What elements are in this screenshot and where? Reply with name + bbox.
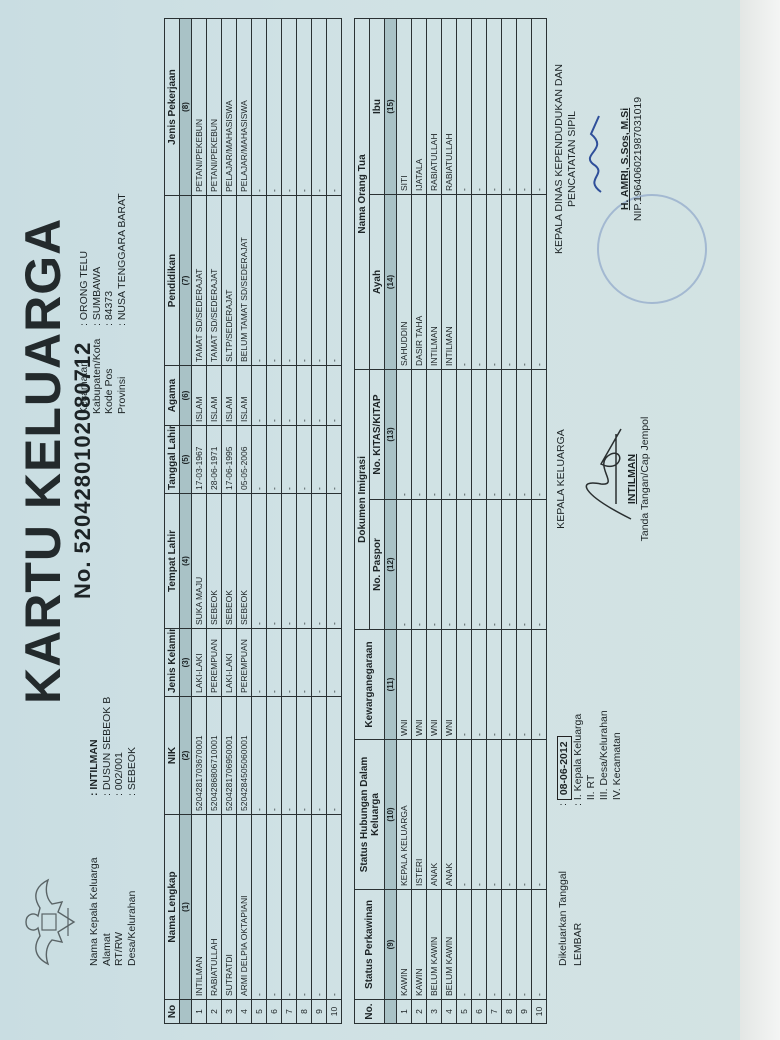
table-cell: -	[312, 629, 327, 697]
table-cell: -	[487, 18, 502, 194]
table-cell: -	[487, 369, 502, 499]
official-nip: NIP.196406021987031019	[632, 34, 645, 284]
column-number-row: (9)(10)(11)(12)(13)(14)(15)	[385, 18, 397, 1023]
table-cell: SAHUDDIN	[397, 194, 412, 369]
table-cell: -	[412, 369, 427, 499]
table-cell: -	[457, 890, 472, 1000]
table-row: 3BELUM KAWINANAKWNI--INTILMANRABIATULLAH	[427, 18, 442, 1023]
lembar-label: LEMBAR	[572, 806, 585, 966]
table-cell: PETANI/PEKEBUN	[192, 19, 207, 196]
table-cell: -	[282, 426, 297, 494]
table-cell: -	[532, 630, 547, 740]
table-cell: 10	[327, 1000, 342, 1024]
status-table-header-top: No. Status Perkawinan Status Hubungan Da…	[355, 18, 370, 1023]
table-cell: ANAK	[427, 740, 442, 890]
table-row: 4BELUM KAWINANAKWNI--INTILMANRABIATULLAH	[442, 18, 457, 1023]
table-cell: -	[412, 500, 427, 630]
table-cell: -	[282, 629, 297, 697]
table-cell: -	[457, 369, 472, 499]
table-cell: -	[502, 500, 517, 630]
col-header: Ibu	[370, 18, 385, 194]
table-cell: -	[517, 369, 532, 499]
table-row: 7--------	[282, 19, 297, 1024]
table-cell: BELUM KAWIN	[427, 890, 442, 1000]
table-cell: -	[457, 18, 472, 194]
table-row: 2KAWINISTERIWNI--DASIR TAHAIJATALA	[412, 18, 427, 1023]
table-row: 10--------	[327, 19, 342, 1024]
col-header: No	[165, 1000, 180, 1024]
table-cell: -	[252, 629, 267, 697]
col-header: Ayah	[370, 194, 385, 369]
col-header: Status Hubungan Dalam Keluarga	[355, 740, 385, 890]
table-cell: BELUM TAMAT SD/SEDERAJAT	[237, 196, 252, 366]
table-cell: KAWIN	[412, 890, 427, 1000]
table-cell: -	[457, 740, 472, 890]
table-cell: -	[327, 366, 342, 426]
table-cell: ISTERI	[412, 740, 427, 890]
table-cell: PEREMPUAN	[237, 629, 252, 697]
table-cell: -	[502, 369, 517, 499]
info-address: Alamat: DUSUN SEBEOK B	[101, 697, 114, 966]
table-cell: -	[532, 500, 547, 630]
table-cell: 4	[237, 1000, 252, 1024]
table-cell: -	[472, 630, 487, 740]
table-cell: SEBEOK	[222, 494, 237, 629]
table-cell: 5	[252, 1000, 267, 1024]
table-cell: 3	[222, 1000, 237, 1024]
table-cell: -	[312, 19, 327, 196]
table-cell: ISLAM	[192, 366, 207, 426]
table-cell: TAMAT SD/SEDERAJAT	[207, 196, 222, 366]
info-rt-rw: RT/RW: 002/001	[113, 697, 126, 966]
table-cell: -	[327, 815, 342, 1000]
table-cell: 5204281703670001	[192, 697, 207, 815]
table-cell: INTILMAN	[442, 194, 457, 369]
table-cell: ISLAM	[237, 366, 252, 426]
table-cell: -	[297, 426, 312, 494]
table-cell: ISLAM	[222, 366, 237, 426]
table-cell: -	[267, 426, 282, 494]
table-cell: 1	[397, 1000, 412, 1024]
table-cell: 5	[457, 1000, 472, 1024]
table-cell: -	[297, 494, 312, 629]
official-signature-icon	[581, 114, 611, 194]
table-cell: 28-06-1971	[207, 426, 222, 494]
table-cell: SUTRATDI	[222, 815, 237, 1000]
lembar-item: I. Kepala Keluarga	[572, 714, 585, 800]
table-cell: 6	[472, 1000, 487, 1024]
info-district: Kecamatan: ORONG TELU	[78, 193, 91, 414]
handwritten-signature-icon	[571, 414, 641, 524]
table-cell: -	[312, 815, 327, 1000]
table-cell: 9	[517, 1000, 532, 1024]
info-regency: Kabupaten/Kota: SUMBAWA	[91, 193, 104, 414]
table-row: 7-------	[487, 18, 502, 1023]
table-cell: -	[442, 369, 457, 499]
table-cell: -	[252, 426, 267, 494]
table-cell: -	[502, 740, 517, 890]
table-cell: -	[532, 18, 547, 194]
table-cell: -	[472, 500, 487, 630]
table-cell: -	[282, 815, 297, 1000]
table-cell: SITI	[397, 18, 412, 194]
info-head-of-family: Nama Kepala Keluarga: INTILMAN	[88, 697, 101, 966]
table-row: 1INTILMAN5204281703670001LAKI-LAKISUKA M…	[192, 19, 207, 1024]
header-left-info: Nama Kepala Keluarga: INTILMAN Alamat: D…	[88, 697, 138, 966]
table-row: 5--------	[252, 19, 267, 1024]
table-cell: -	[267, 815, 282, 1000]
table-cell: -	[312, 494, 327, 629]
table-cell: 10	[532, 1000, 547, 1024]
table-cell: RABIATULLAH	[442, 18, 457, 194]
col-header: Nama Lengkap	[165, 815, 180, 1000]
table-cell: -	[502, 194, 517, 369]
table-cell: PEREMPUAN	[207, 629, 222, 697]
table-cell: -	[327, 629, 342, 697]
table-cell: -	[267, 697, 282, 815]
table-cell: -	[297, 19, 312, 196]
table-cell: TAMAT SD/SEDERAJAT	[192, 196, 207, 366]
col-header: No. KITAS/KITAP	[370, 369, 385, 499]
table-cell: -	[517, 194, 532, 369]
table-cell: -	[312, 697, 327, 815]
table-cell: 2	[207, 1000, 222, 1024]
table-cell: -	[472, 369, 487, 499]
members-table-header: No Nama Lengkap NIK Jenis Kelamin Tempat…	[165, 19, 180, 1024]
table-cell: RABIATULLAH	[427, 18, 442, 194]
official-title: KEPALA DINAS KEPENDUDUKAN DAN	[553, 34, 566, 284]
table-cell: -	[517, 890, 532, 1000]
table-cell: -	[397, 369, 412, 499]
col-header: Status Perkawinan	[355, 890, 385, 1000]
table-cell: 05-05-2006	[237, 426, 252, 494]
table-cell: -	[267, 366, 282, 426]
table-row: 1KAWINKEPALA KELUARGAWNI--SAHUDDINSITI	[397, 18, 412, 1023]
table-cell: INTILMAN	[427, 194, 442, 369]
table-cell: 8	[297, 1000, 312, 1024]
table-cell: -	[252, 19, 267, 196]
table-cell: -	[267, 19, 282, 196]
table-cell: -	[252, 196, 267, 366]
table-cell: 17-06-1995	[222, 426, 237, 494]
document-title: KARTU KELUARGA	[14, 218, 72, 704]
table-row: 3SUTRATDI5204281706950001LAKI-LAKISEBEOK…	[222, 19, 237, 1024]
col-header: Pendidikan	[165, 196, 180, 366]
table-cell: -	[487, 630, 502, 740]
table-cell: -	[532, 369, 547, 499]
table-cell: -	[487, 890, 502, 1000]
table-cell: -	[327, 19, 342, 196]
table-cell: WNI	[412, 630, 427, 740]
document-footer: Dikeluarkan Tanggal: 08-06-2012 LEMBAR: …	[547, 16, 717, 1024]
table-cell: 8	[502, 1000, 517, 1024]
table-cell: -	[397, 500, 412, 630]
info-village: Desa/Kelurahan: SEBEOK	[126, 697, 139, 966]
table-cell: -	[457, 630, 472, 740]
table-cell: 7	[487, 1000, 502, 1024]
table-cell: -	[532, 890, 547, 1000]
table-cell: -	[502, 18, 517, 194]
table-cell: IJATALA	[412, 18, 427, 194]
column-number-row: (1)(2)(3)(4)(5)(6)(7)(8)	[180, 19, 192, 1024]
col-header: Nama Orang Tua	[355, 18, 370, 369]
table-cell: -	[457, 194, 472, 369]
table-cell: -	[487, 194, 502, 369]
table-cell: -	[502, 890, 517, 1000]
table-cell: -	[517, 630, 532, 740]
table-cell: -	[327, 196, 342, 366]
table-cell: -	[517, 500, 532, 630]
table-cell: 5204281706950001	[222, 697, 237, 815]
table-row: 8--------	[297, 19, 312, 1024]
table-cell: -	[427, 500, 442, 630]
table-cell: ISLAM	[207, 366, 222, 426]
table-cell: INTILMAN	[192, 815, 207, 1000]
table-cell: 5204286806710001	[207, 697, 222, 815]
lembar-item: IV. Kecamatan	[611, 732, 624, 800]
table-cell: -	[297, 697, 312, 815]
table-row: 2RABIATULLAH5204286806710001PEREMPUANSEB…	[207, 19, 222, 1024]
table-cell: LAKI-LAKI	[192, 629, 207, 697]
info-postal-code: Kode Pos: 84373	[103, 193, 116, 414]
table-cell: 3	[427, 1000, 442, 1024]
table-cell: 7	[282, 1000, 297, 1024]
table-cell: -	[312, 366, 327, 426]
table-cell: KEPALA KELUARGA	[397, 740, 412, 890]
table-cell: -	[312, 196, 327, 366]
table-cell: -	[267, 494, 282, 629]
info-province: Provinsi: NUSA TENGGARA BARAT	[116, 193, 129, 414]
table-row: 9--------	[312, 19, 327, 1024]
table-cell: -	[267, 629, 282, 697]
table-cell: -	[252, 815, 267, 1000]
table-cell: -	[282, 196, 297, 366]
header-right-info: Kecamatan: ORONG TELU Kabupaten/Kota: SU…	[78, 193, 128, 414]
table-cell: 2	[412, 1000, 427, 1024]
table-cell: PETANI/PEKEBUN	[207, 19, 222, 196]
signature-title: KEPALA KELUARGA	[555, 404, 568, 554]
table-cell: 5204284505060001	[237, 697, 252, 815]
table-cell: PELAJAR/MAHASISWA	[222, 19, 237, 196]
table-cell: -	[327, 697, 342, 815]
table-cell: -	[442, 500, 457, 630]
table-cell: WNI	[442, 630, 457, 740]
table-cell: WNI	[397, 630, 412, 740]
table-cell: -	[487, 740, 502, 890]
official-title: PENCATATAN SIPIL	[566, 34, 579, 284]
table-cell: RABIATULLAH	[207, 815, 222, 1000]
table-row: 10-------	[532, 18, 547, 1023]
table-cell: 6	[267, 1000, 282, 1024]
table-cell: -	[282, 366, 297, 426]
table-cell: PELAJAR/MAHASISWA	[237, 19, 252, 196]
col-header: NIK	[165, 697, 180, 815]
table-cell: -	[327, 494, 342, 629]
table-cell: -	[472, 890, 487, 1000]
table-cell: -	[297, 629, 312, 697]
table-cell: -	[297, 196, 312, 366]
table-cell: -	[297, 366, 312, 426]
table-cell: -	[472, 740, 487, 890]
family-card-document: KARTU KELUARGA No. 5204280102080712 Nama…	[0, 0, 740, 1040]
table-cell: LAKI-LAKI	[222, 629, 237, 697]
table-cell: -	[312, 426, 327, 494]
table-cell: DASIR TAHA	[412, 194, 427, 369]
table-cell: -	[282, 494, 297, 629]
table-cell: -	[252, 494, 267, 629]
table-cell: KAWIN	[397, 890, 412, 1000]
table-row: 6--------	[267, 19, 282, 1024]
table-cell: -	[252, 697, 267, 815]
table-row: 5-------	[457, 18, 472, 1023]
lembar-item: II. RT	[585, 775, 598, 800]
table-row: 8-------	[502, 18, 517, 1023]
table-cell: -	[532, 740, 547, 890]
lembar-item: III. Desa/Kelurahan	[598, 710, 611, 800]
col-header: Tempat Lahir	[165, 494, 180, 629]
table-cell: SEBEOK	[207, 494, 222, 629]
table-cell: 9	[312, 1000, 327, 1024]
member-status-table: No. Status Perkawinan Status Hubungan Da…	[354, 18, 547, 1024]
table-cell: WNI	[427, 630, 442, 740]
table-row: 9-------	[517, 18, 532, 1023]
table-cell: -	[282, 19, 297, 196]
table-cell: -	[327, 426, 342, 494]
col-header: Agama	[165, 366, 180, 426]
table-cell: -	[502, 630, 517, 740]
col-header: Kewarganegaraan	[355, 630, 385, 740]
col-header: Tanggal Lahir	[165, 426, 180, 494]
table-cell: -	[267, 196, 282, 366]
table-cell: -	[517, 18, 532, 194]
table-cell: BELUM KAWIN	[442, 890, 457, 1000]
table-cell: -	[472, 194, 487, 369]
document-header: KARTU KELUARGA No. 5204280102080712 Nama…	[14, 16, 164, 1024]
table-cell: -	[532, 194, 547, 369]
table-row: 6-------	[472, 18, 487, 1023]
col-header: No.	[355, 1000, 385, 1024]
table-cell: -	[487, 500, 502, 630]
col-header: No. Paspor	[370, 500, 385, 630]
issued-date-label: Dikeluarkan Tanggal	[557, 806, 572, 966]
table-cell: -	[297, 815, 312, 1000]
garuda-emblem-icon	[18, 878, 78, 966]
official-signature-block: KEPALA DINAS KEPENDUDUKAN DAN PENCATATAN…	[553, 34, 645, 284]
table-cell: SUKA MAJU	[192, 494, 207, 629]
table-cell: -	[457, 500, 472, 630]
col-header: Jenis Kelamin	[165, 629, 180, 697]
col-header: Jenis Pekerjaan	[165, 19, 180, 196]
table-cell: 1	[192, 1000, 207, 1024]
issued-date: 08-06-2012	[557, 736, 572, 800]
table-cell: -	[427, 369, 442, 499]
table-cell: SEBEOK	[237, 494, 252, 629]
table-cell: 4	[442, 1000, 457, 1024]
table-cell: -	[252, 366, 267, 426]
table-cell: -	[472, 18, 487, 194]
table-cell: SLTP/SEDERAJAT	[222, 196, 237, 366]
table-row: 4ARMI DELPIA OKTAPIANI5204284505060001PE…	[237, 19, 252, 1024]
table-cell: ANAK	[442, 740, 457, 890]
members-table: No Nama Lengkap NIK Jenis Kelamin Tempat…	[164, 18, 342, 1024]
col-header: Dokumen Imigrasi	[355, 369, 370, 629]
table-cell: -	[282, 697, 297, 815]
table-cell: 17-03-1967	[192, 426, 207, 494]
table-cell: ARMI DELPIA OKTAPIANI	[237, 815, 252, 1000]
official-name: H. AMRI, S.Sos, M.Si	[619, 34, 632, 284]
table-cell: -	[517, 740, 532, 890]
issue-info: Dikeluarkan Tanggal: 08-06-2012 LEMBAR: …	[557, 710, 624, 966]
